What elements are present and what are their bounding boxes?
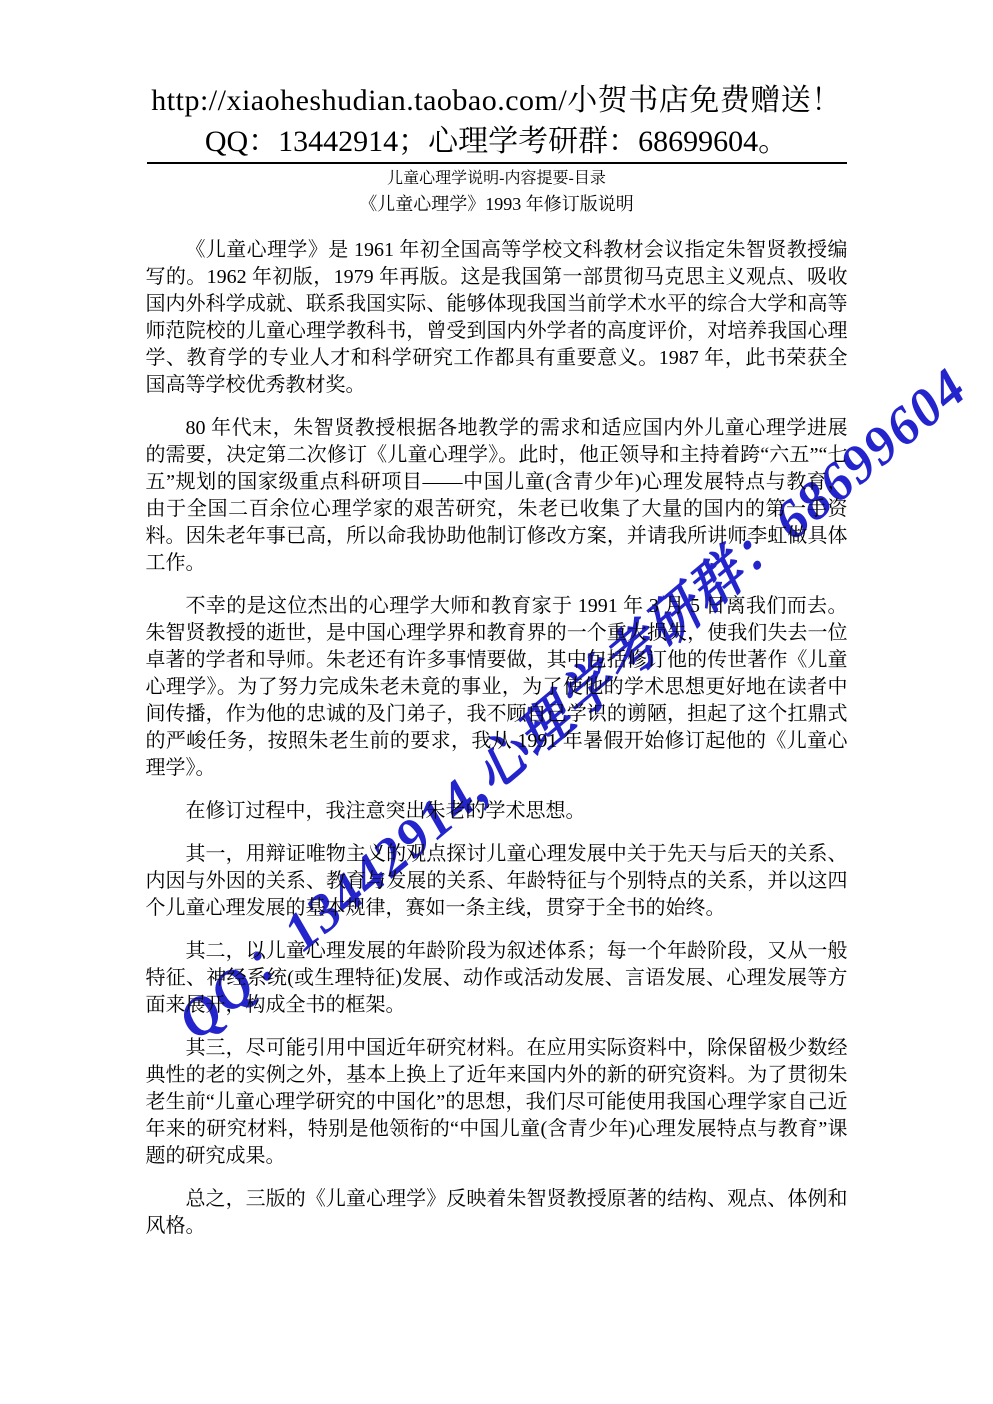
document-page: http://xiaoheshudian.taobao.com/小贺书店免费赠送… (0, 0, 993, 1404)
paragraph: 其二，以儿童心理发展的年龄阶段为叙述体系；每一个年龄阶段，又从一般特征、神经系统… (146, 938, 848, 1019)
header-url-line: http://xiaoheshudian.taobao.com/小贺书店免费赠送… (0, 82, 993, 120)
doc-title: 《儿童心理学》1993 年修订版说明 (0, 191, 993, 217)
paragraph: 《儿童心理学》是 1961 年初全国高等学校文科教材会议指定朱智贤教授编写的。1… (146, 237, 848, 399)
paragraph: 其一，用辩证唯物主义的观点探讨儿童心理发展中关于先天与后天的关系、内因与外因的关… (146, 841, 848, 922)
paragraph: 在修订过程中，我注意突出朱老的学术思想。 (146, 798, 848, 825)
header-qq-line: QQ：13442914；心理学考研群：68699604。 (0, 124, 993, 160)
doc-subtitle: 儿童心理学说明-内容提要-目录 (0, 167, 993, 190)
paragraph: 不幸的是这位杰出的心理学大师和教育家于 1991 年 3 月 5 日离我们而去。… (146, 593, 848, 782)
paragraph: 80 年代末，朱智贤教授根据各地教学的需求和适应国内外儿童心理学进展的需要，决定… (146, 415, 848, 577)
header-divider (147, 162, 847, 164)
paragraph: 总之，三版的《儿童心理学》反映着朱智贤教授原著的结构、观点、体例和风格。 (146, 1186, 848, 1240)
paragraph: 其三，尽可能引用中国近年研究材料。在应用实际资料中，除保留极少数经典性的老的实例… (146, 1035, 848, 1170)
document-header: http://xiaoheshudian.taobao.com/小贺书店免费赠送… (0, 0, 993, 160)
document-body: 《儿童心理学》是 1961 年初全国高等学校文科教材会议指定朱智贤教授编写的。1… (146, 237, 848, 1240)
